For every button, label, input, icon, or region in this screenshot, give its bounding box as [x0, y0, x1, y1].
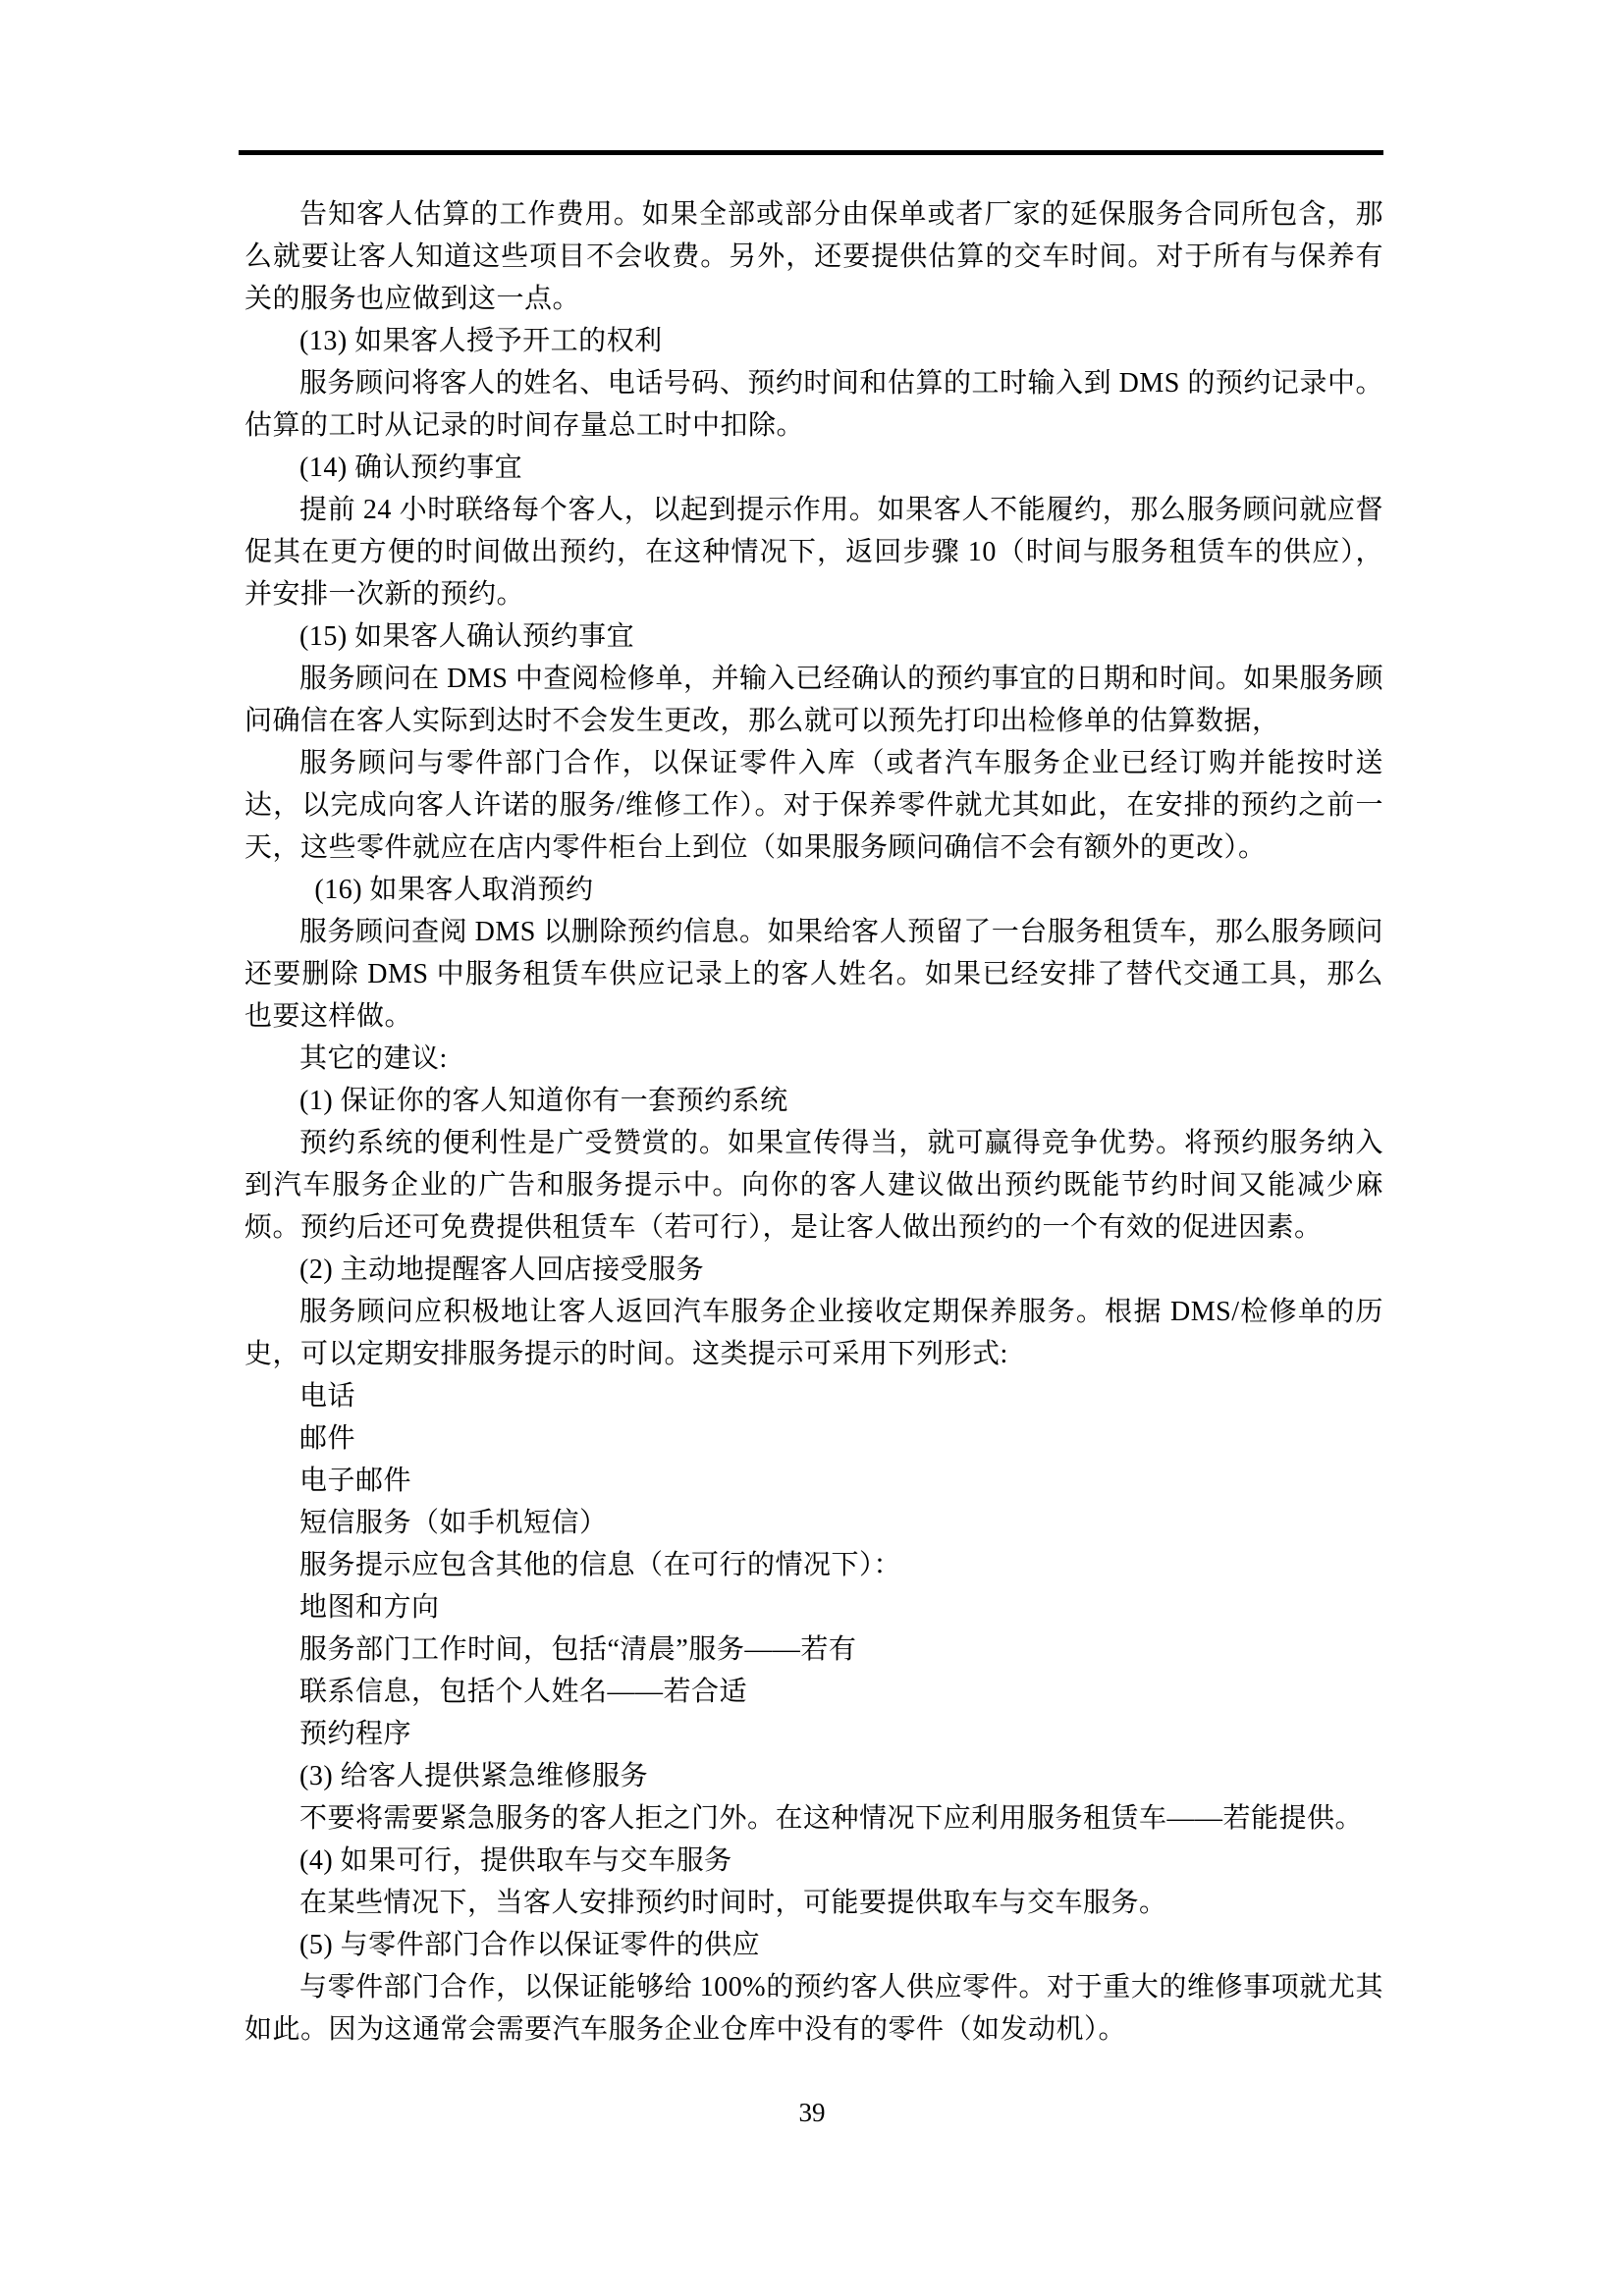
paragraph: 提前 24 小时联络每个客人，以起到提示作用。如果客人不能履约，那么服务顾问就应… [244, 489, 1383, 615]
document-page: 告知客人估算的工作费用。如果全部或部分由保单或者厂家的延保服务合同所包含，那么就… [0, 0, 1624, 2296]
paragraph: 其它的建议: [244, 1038, 1383, 1080]
paragraph: (13) 如果客人授予开工的权利 [244, 320, 1383, 362]
paragraph: 服务提示应包含其他的信息（在可行的情况下）： [244, 1544, 1383, 1586]
paragraph: 邮件 [244, 1417, 1383, 1460]
paragraph: 短信服务（如手机短信） [244, 1502, 1383, 1544]
paragraph: (5) 与零件部门合作以保证零件的供应 [244, 1924, 1383, 1966]
paragraph: 服务顾问与零件部门合作，以保证零件入库（或者汽车服务企业已经订购并能按时送达，以… [244, 742, 1383, 869]
paragraph: (15) 如果客人确认预约事宜 [244, 615, 1383, 658]
paragraph: 在某些情况下，当客人安排预约时间时，可能要提供取车与交车服务。 [244, 1882, 1383, 1924]
paragraph: 服务顾问在 DMS 中查阅检修单，并输入已经确认的预约事宜的日期和时间。如果服务… [244, 658, 1383, 742]
paragraph: 地图和方向 [244, 1586, 1383, 1629]
paragraph: 与零件部门合作，以保证能够给 100%的预约客人供应零件。对于重大的维修事项就尤… [244, 1966, 1383, 2051]
page-number: 39 [0, 2097, 1624, 2128]
paragraph: 服务顾问应积极地让客人返回汽车服务企业接收定期保养服务。根据 DMS/检修单的历… [244, 1291, 1383, 1375]
paragraph: 电子邮件 [244, 1460, 1383, 1502]
paragraph: 服务顾问查阅 DMS 以删除预约信息。如果给客人预留了一台服务租赁车，那么服务顾… [244, 911, 1383, 1038]
paragraph: 预约程序 [244, 1713, 1383, 1755]
header-rule [239, 150, 1383, 155]
paragraph: 不要将需要紧急服务的客人拒之门外。在这种情况下应利用服务租赁车——若能提供。 [244, 1797, 1383, 1840]
paragraph: 告知客人估算的工作费用。如果全部或部分由保单或者厂家的延保服务合同所包含，那么就… [244, 193, 1383, 320]
paragraph: 电话 [244, 1375, 1383, 1417]
paragraph: (16) 如果客人取消预约 [244, 869, 1383, 911]
paragraph: (4) 如果可行，提供取车与交车服务 [244, 1840, 1383, 1882]
paragraph: (1) 保证你的客人知道你有一套预约系统 [244, 1080, 1383, 1122]
paragraph: 联系信息，包括个人姓名——若合适 [244, 1671, 1383, 1713]
page-body: 告知客人估算的工作费用。如果全部或部分由保单或者厂家的延保服务合同所包含，那么就… [244, 193, 1383, 2051]
paragraph: (14) 确认预约事宜 [244, 447, 1383, 489]
paragraph: (3) 给客人提供紧急维修服务 [244, 1755, 1383, 1797]
paragraph: 服务部门工作时间，包括“清晨”服务——若有 [244, 1629, 1383, 1671]
paragraph: 服务顾问将客人的姓名、电话号码、预约时间和估算的工时输入到 DMS 的预约记录中… [244, 362, 1383, 447]
paragraph: (2) 主动地提醒客人回店接受服务 [244, 1249, 1383, 1291]
paragraph: 预约系统的便利性是广受赞赏的。如果宣传得当，就可赢得竞争优势。将预约服务纳入到汽… [244, 1122, 1383, 1249]
